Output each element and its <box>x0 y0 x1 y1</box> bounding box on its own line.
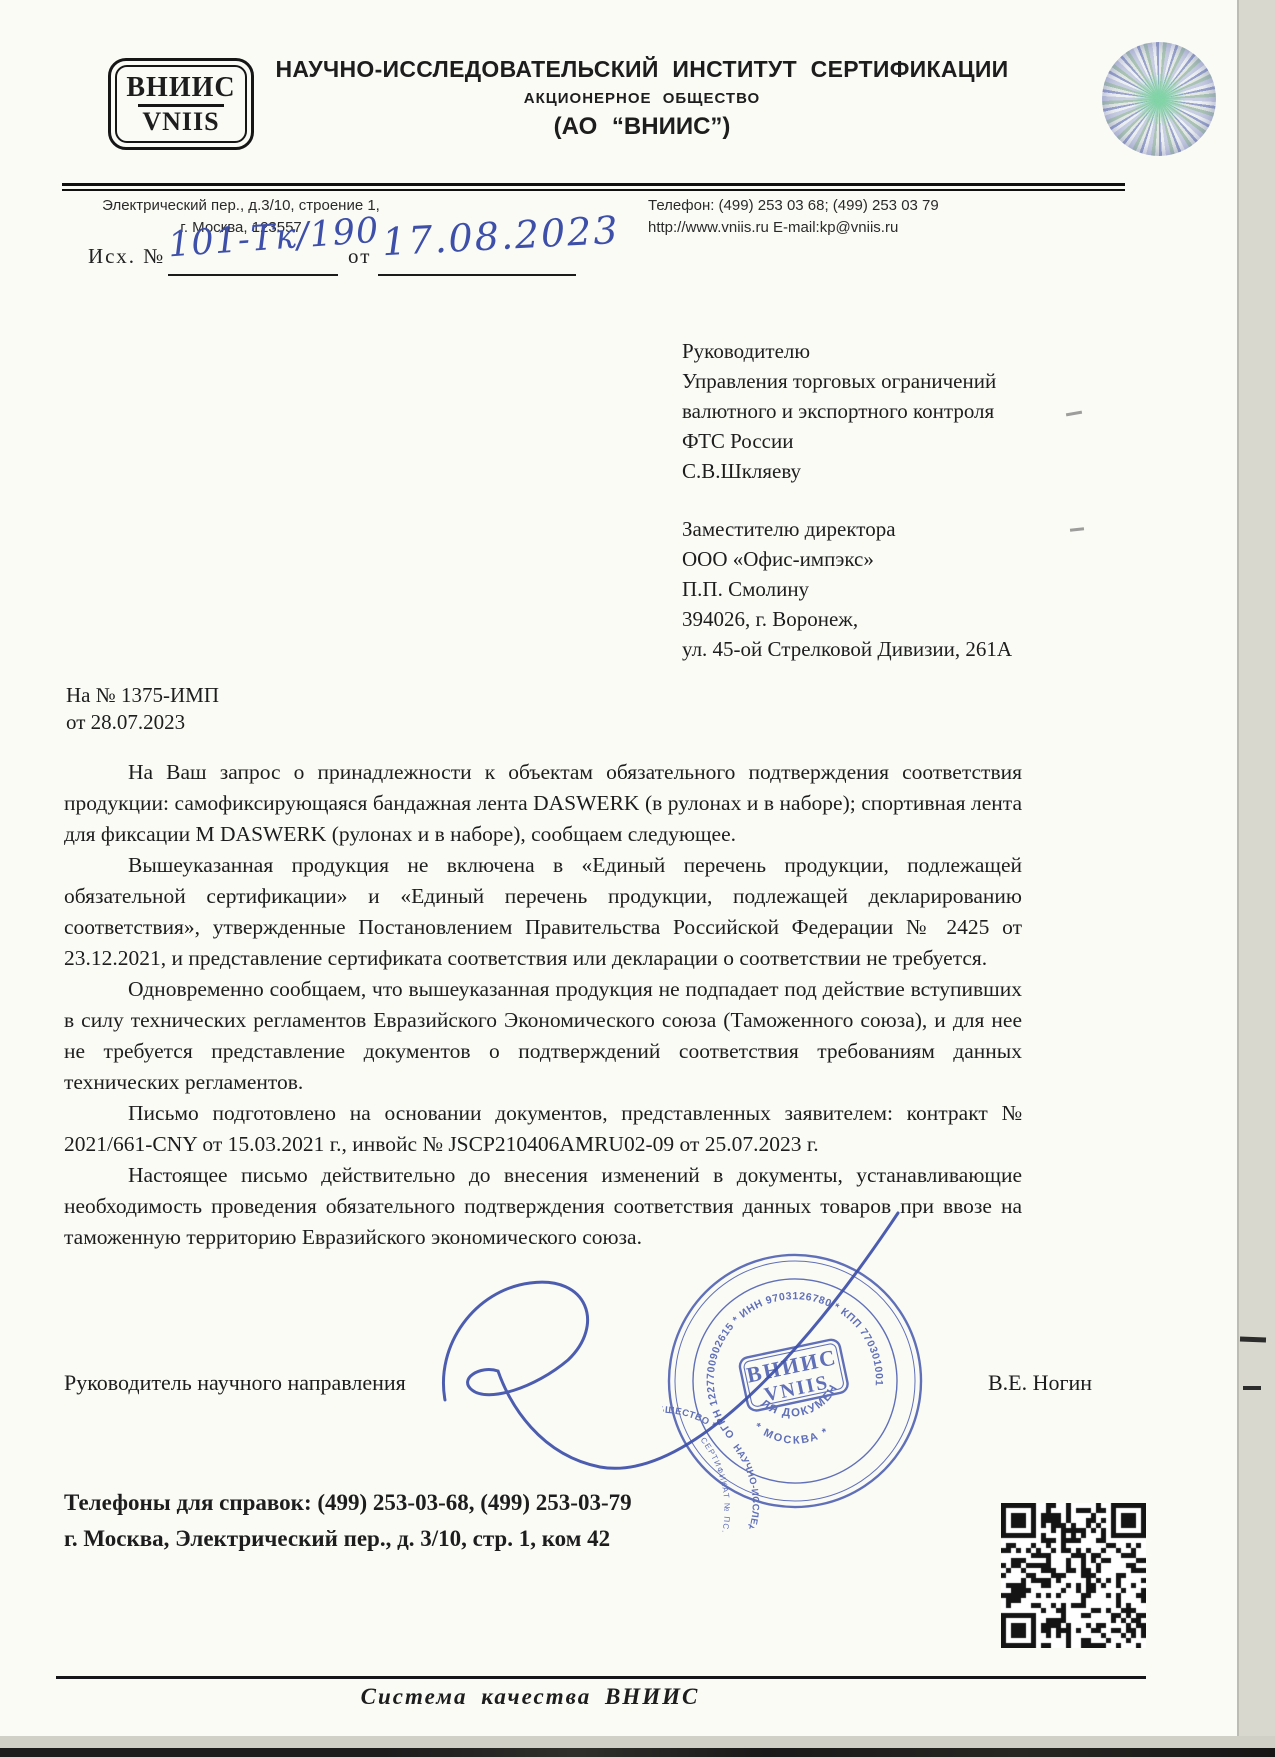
scan-edge-bottom-dark <box>0 1748 1275 1757</box>
qr-code <box>1001 1503 1146 1648</box>
incoming-reference-date: от 28.07.2023 <box>66 709 219 736</box>
recipient-line: ул. 45-ой Стрелковой Дивизии, 261А <box>682 634 1102 664</box>
incoming-reference-number: На № 1375-ИМП <box>66 682 219 709</box>
signer-title: Руководитель научного направления <box>64 1370 406 1396</box>
footer-address: г. Москва, Электрический пер., д. 3/10, … <box>64 1526 610 1552</box>
signature-stroke <box>420 1175 920 1515</box>
body-paragraph: Одновременно сообщаем, что вышеуказанная… <box>64 974 1022 1098</box>
logo-text-ru: ВНИИС <box>126 74 235 102</box>
recipient-line: С.В.Шкляеву <box>682 456 1102 486</box>
logo-text-en: VNIIS <box>142 109 219 135</box>
header-rule-bottom <box>62 189 1125 191</box>
hologram-seal <box>1102 42 1216 156</box>
scan-edge-right <box>1237 0 1275 1748</box>
signer-name: В.Е. Ногин <box>988 1370 1092 1396</box>
recipient-line: ООО «Офис-импэкс» <box>682 544 1102 574</box>
org-contacts: Телефон: (499) 253 03 68; (499) 253 03 7… <box>648 195 1068 239</box>
scan-edge-bottom-light <box>0 1736 1275 1748</box>
recipient-line: ФТС России <box>682 426 1102 456</box>
outgoing-date-underline <box>378 274 576 276</box>
recipient-block-company: Заместителю директораООО «Офис-импэкс»П.… <box>682 514 1102 664</box>
outgoing-number-label: Исх. № <box>88 244 165 269</box>
body-paragraph: Письмо подготовлено на основании докумен… <box>64 1098 1022 1160</box>
footer-phones: Телефоны для справок: (499) 253-03-68, (… <box>64 1490 632 1516</box>
vniis-logo: ВНИИС VNIIS <box>108 58 254 150</box>
body-paragraph: На Ваш запрос о принадлежности к объекта… <box>64 757 1022 850</box>
header-rule-top <box>62 183 1125 186</box>
footer-rule <box>56 1676 1146 1679</box>
org-type: АКЦИОНЕРНОЕ ОБЩЕСТВО <box>252 90 1032 107</box>
outgoing-date-handwritten: 17.08.2023 <box>381 208 621 264</box>
recipient-line: Управления торговых ограничений <box>682 366 1102 396</box>
outgoing-number-underline <box>168 274 338 276</box>
scanned-letter-page: ВНИИС VNIIS НАУЧНО-ИССЛЕДОВАТЕЛЬСКИЙ ИНС… <box>0 0 1275 1757</box>
outgoing-date-label: от <box>348 244 371 269</box>
signature-path <box>443 1213 898 1468</box>
org-short-name: (АО “ВНИИС”) <box>252 113 1032 141</box>
scan-artifact <box>1243 1386 1261 1390</box>
recipient-line: 394026, г. Воронеж, <box>682 604 1102 634</box>
vniis-logo-inner: ВНИИС VNIIS <box>115 65 247 143</box>
org-name: НАУЧНО-ИССЛЕДОВАТЕЛЬСКИЙ ИНСТИТУТ СЕРТИФ… <box>252 56 1032 83</box>
body-paragraph: Вышеуказанная продукция не включена в «Е… <box>64 850 1022 974</box>
recipient-line: Заместителю директора <box>682 514 1102 544</box>
recipient-line: П.П. Смолину <box>682 574 1102 604</box>
recipient-line: валютного и экспортного контроля <box>682 396 1102 426</box>
quality-system-caption: Система качества ВНИИС <box>0 1684 1060 1710</box>
recipient-block-fts: РуководителюУправления торговых ограниче… <box>682 336 1102 486</box>
scan-artifact <box>1240 1337 1266 1343</box>
org-web-email: http://www.vniis.ru E-mail:kp@vniis.ru <box>648 217 1068 239</box>
letterhead-header: НАУЧНО-ИССЛЕДОВАТЕЛЬСКИЙ ИНСТИТУТ СЕРТИФ… <box>252 56 1032 141</box>
incoming-reference: На № 1375-ИМП от 28.07.2023 <box>66 682 219 736</box>
org-phone: Телефон: (499) 253 03 68; (499) 253 03 7… <box>648 195 1068 217</box>
recipient-line: Руководителю <box>682 336 1102 366</box>
